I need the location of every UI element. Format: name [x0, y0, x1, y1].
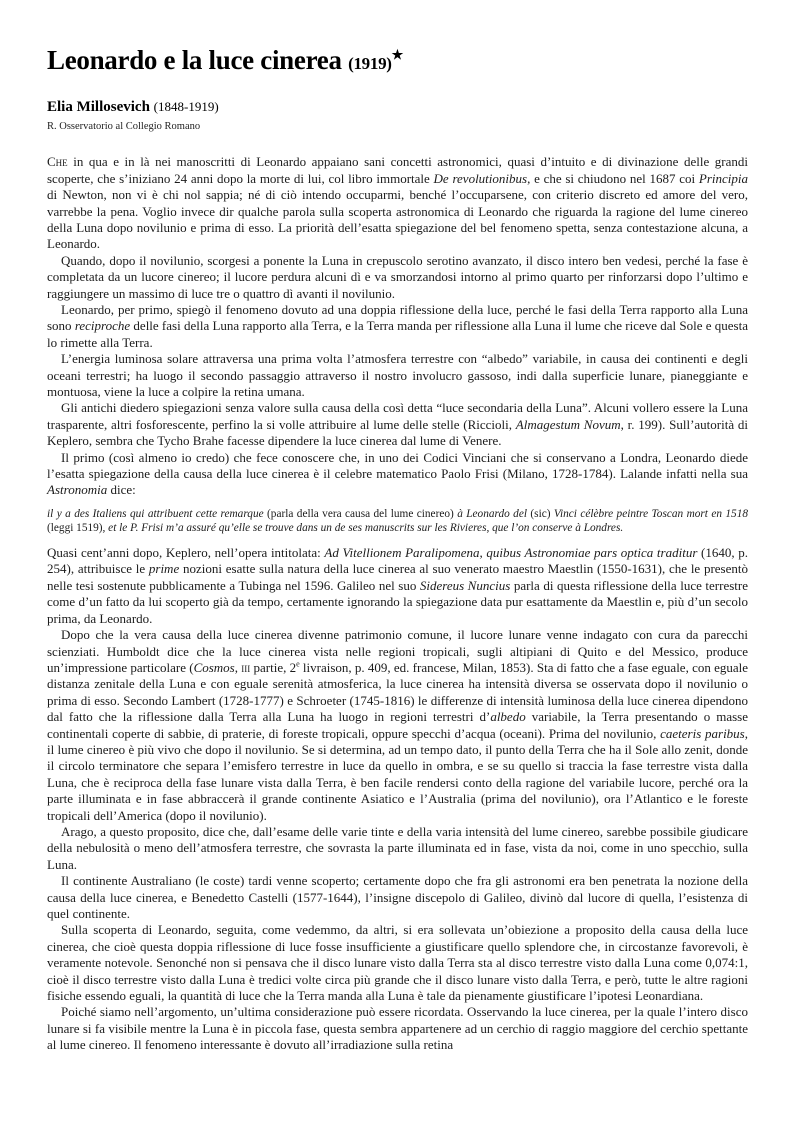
- text-run: prime: [149, 561, 179, 576]
- text-run: , e che si chiudono nel 1687 coi: [527, 171, 699, 186]
- text-run: (parla della vera causa del lume cinereo…: [267, 508, 457, 520]
- text-run: Almagestum Novum: [516, 417, 621, 432]
- author-affiliation: R. Osservatorio al Collegio Romano: [47, 121, 748, 132]
- text-run: Che: [47, 154, 68, 169]
- title-text: Leonardo e la luce cinerea: [47, 45, 348, 75]
- text-run: delle fasi della Luna rapporto alla Terr…: [47, 318, 748, 349]
- text-run: Quando, dopo il novilunio, scorgesi a po…: [47, 253, 748, 301]
- text-run: di Newton, non vi è chi nol sappia; né d…: [47, 187, 748, 251]
- author-years: (1848-1919): [154, 99, 219, 114]
- text-run: Sidereus Nuncius: [420, 578, 510, 593]
- text-run: (sic): [530, 508, 554, 520]
- article-body: Che in qua e in là nei manoscritti di Le…: [47, 154, 748, 1053]
- paragraph: L’energia luminosa solare attraversa una…: [47, 351, 748, 400]
- title-year: (1919): [348, 54, 392, 73]
- footnote-star-icon: ★: [392, 47, 403, 62]
- text-run: reciproche: [75, 318, 130, 333]
- text-run: (leggi 1519): [47, 522, 103, 534]
- text-run: Astronomia: [47, 482, 107, 497]
- paragraph: Dopo che la vera causa della luce cinere…: [47, 627, 748, 824]
- paragraph: Il primo (così almeno io credo) che fece…: [47, 450, 748, 499]
- text-run: Poiché siamo nell’argomento, un’ultima c…: [47, 1004, 748, 1052]
- text-run: il y a des Italiens qui attribuent cette…: [47, 508, 267, 520]
- text-run: Sulla scoperta di Leonardo, seguita, com…: [47, 922, 748, 1003]
- paragraph: Poiché siamo nell’argomento, un’ultima c…: [47, 1004, 748, 1053]
- paragraph: Sulla scoperta di Leonardo, seguita, com…: [47, 922, 748, 1004]
- paragraph: Che in qua e in là nei manoscritti di Le…: [47, 154, 748, 252]
- paragraph: Quando, dopo il novilunio, scorgesi a po…: [47, 253, 748, 302]
- author-line: Elia Millosevich (1848-1919): [47, 99, 748, 116]
- block-quote: il y a des Italiens qui attribuent cette…: [47, 507, 748, 536]
- text-run: à Leonardo del: [457, 508, 530, 520]
- text-run: Il continente Australiano (le coste) tar…: [47, 873, 748, 921]
- paragraph: Gli antichi diedero spiegazioni senza va…: [47, 400, 748, 449]
- paragraph: Arago, a questo proposito, dice che, dal…: [47, 824, 748, 873]
- paragraph: Leonardo, per primo, spiegò il fenomeno …: [47, 302, 748, 351]
- text-run: partie, 2: [250, 660, 296, 675]
- text-run: Il primo (così almeno io credo) che fece…: [47, 450, 748, 481]
- text-run: Quasi cent’anni dopo, Keplero, nell’oper…: [47, 545, 324, 560]
- page-title: Leonardo e la luce cinerea (1919)★: [47, 46, 748, 74]
- text-run: caeteris paribus: [660, 726, 745, 741]
- author-name: Elia Millosevich: [47, 99, 154, 115]
- text-run: Vinci célèbre peintre Toscan mort en 151…: [554, 508, 748, 520]
- paragraph: Il continente Australiano (le coste) tar…: [47, 873, 748, 922]
- text-run: Arago, a questo proposito, dice che, dal…: [47, 824, 748, 872]
- text-run: L’energia luminosa solare attraversa una…: [47, 351, 748, 399]
- text-run: , et le P. Frisi m’a assuré qu’elle se t…: [103, 522, 624, 534]
- text-run: Cosmos: [194, 660, 235, 675]
- text-run: De revolutionibus: [434, 171, 528, 186]
- text-run: Principia: [699, 171, 748, 186]
- text-run: albedo: [490, 709, 525, 724]
- article-page: Leonardo e la luce cinerea (1919)★ Elia …: [0, 0, 794, 1123]
- paragraph: Quasi cent’anni dopo, Keplero, nell’oper…: [47, 545, 748, 627]
- text-run: Ad Vitellionem Paralipomena, quibus Astr…: [324, 545, 697, 560]
- text-run: iii: [241, 660, 250, 675]
- text-run: dice:: [107, 482, 136, 497]
